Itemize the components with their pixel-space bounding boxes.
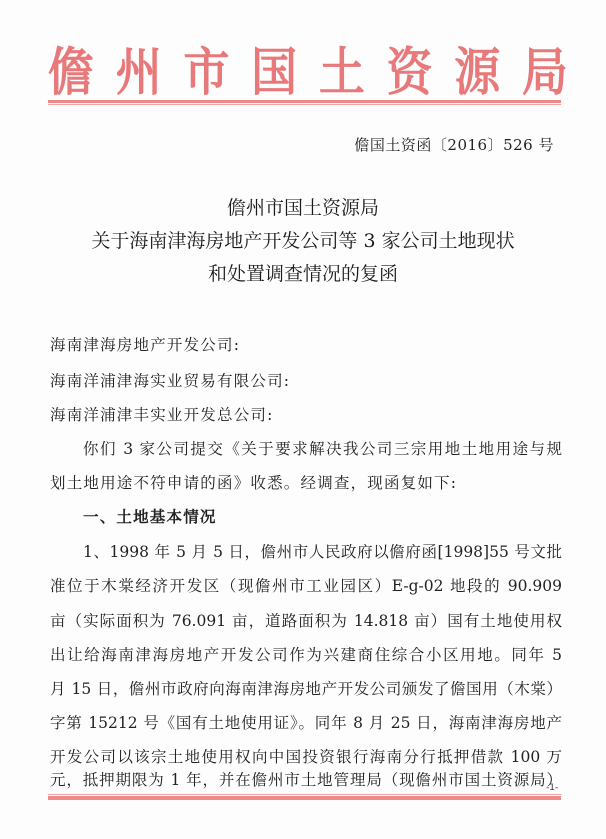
title-line: 儋州市国土资源局 — [0, 192, 606, 225]
letterhead-char: 源 — [454, 43, 500, 101]
divider-thick-line — [48, 100, 561, 103]
title-line: 和处置调查情况的复函 — [0, 258, 606, 291]
title-line: 关于海南津海房地产开发公司等 3 家公司土地现状 — [0, 225, 606, 258]
paragraph-line: 月 15 日，儋州市政府向海南津海房地产开发公司颁发了儋国用（木棠） — [50, 677, 562, 699]
paragraph-line: 字第 15212 号《国有土地使用证》。同年 8 月 25 日，海南津海房地产 — [50, 711, 562, 733]
recipient: 海南洋浦津丰实业开发总公司: — [50, 403, 274, 425]
document-number: 儋国土资函〔2016〕526 号 — [354, 134, 554, 155]
document-page: 儋 州 市 国 土 资 源 局 儋国土资函〔2016〕526 号 儋州市国土资源… — [0, 0, 606, 839]
letterhead-char: 儋 — [48, 43, 94, 101]
intro-paragraph-line: 你们 3 家公司提交《关于要求解决我公司三宗用地土地用途与规 — [83, 437, 562, 459]
letterhead-char: 局 — [522, 43, 568, 101]
letterhead-char: 土 — [319, 43, 365, 101]
intro-paragraph-line: 划土地用途不符申请的函》收悉。经调查，现函复如下: — [50, 471, 457, 493]
letterhead-char: 州 — [116, 43, 162, 101]
paragraph-line: 亩（实际面积为 76.091 亩，道路面积为 14.818 亩）国有土地使用权 — [50, 609, 562, 631]
divider-thin-line — [48, 104, 561, 105]
section-heading: 一、土地基本情况 — [83, 505, 217, 527]
paragraph-line: 开发公司以该宗土地使用权向中国投资银行海南分行抵押借款 100 万 — [50, 745, 562, 767]
letterhead-char: 资 — [387, 43, 433, 101]
paragraph-line: 1、1998 年 5 月 5 日，儋州市人民政府以儋府函[1998]55 号文批 — [83, 540, 562, 562]
paragraph-line: 元，抵押期限为 1 年，并在儋州市土地管理局（现儋州市国土资源局） — [50, 768, 562, 790]
paragraph-line: 准位于木棠经济开发区（现儋州市工业园区）E-g-02 地段的 90.909 — [50, 574, 562, 596]
letterhead-org-name: 儋 州 市 国 土 资 源 局 — [48, 43, 568, 101]
letterhead-divider — [48, 100, 561, 106]
page-number: -1- — [546, 783, 558, 793]
document-title: 儋州市国土资源局 关于海南津海房地产开发公司等 3 家公司土地现状 和处置调查情… — [0, 192, 606, 291]
letterhead-char: 市 — [183, 43, 229, 101]
recipient: 海南津海房地产开发公司: — [50, 333, 240, 355]
footer-divider — [48, 794, 561, 800]
letterhead-char: 国 — [251, 43, 297, 101]
paragraph-line: 出让给海南津海房地产开发公司作为兴建商住综合小区用地。同年 5 — [50, 643, 562, 665]
divider-thick-line — [48, 796, 561, 800]
divider-thin-line — [48, 794, 561, 795]
recipient: 海南洋浦津海实业贸易有限公司: — [50, 369, 290, 391]
